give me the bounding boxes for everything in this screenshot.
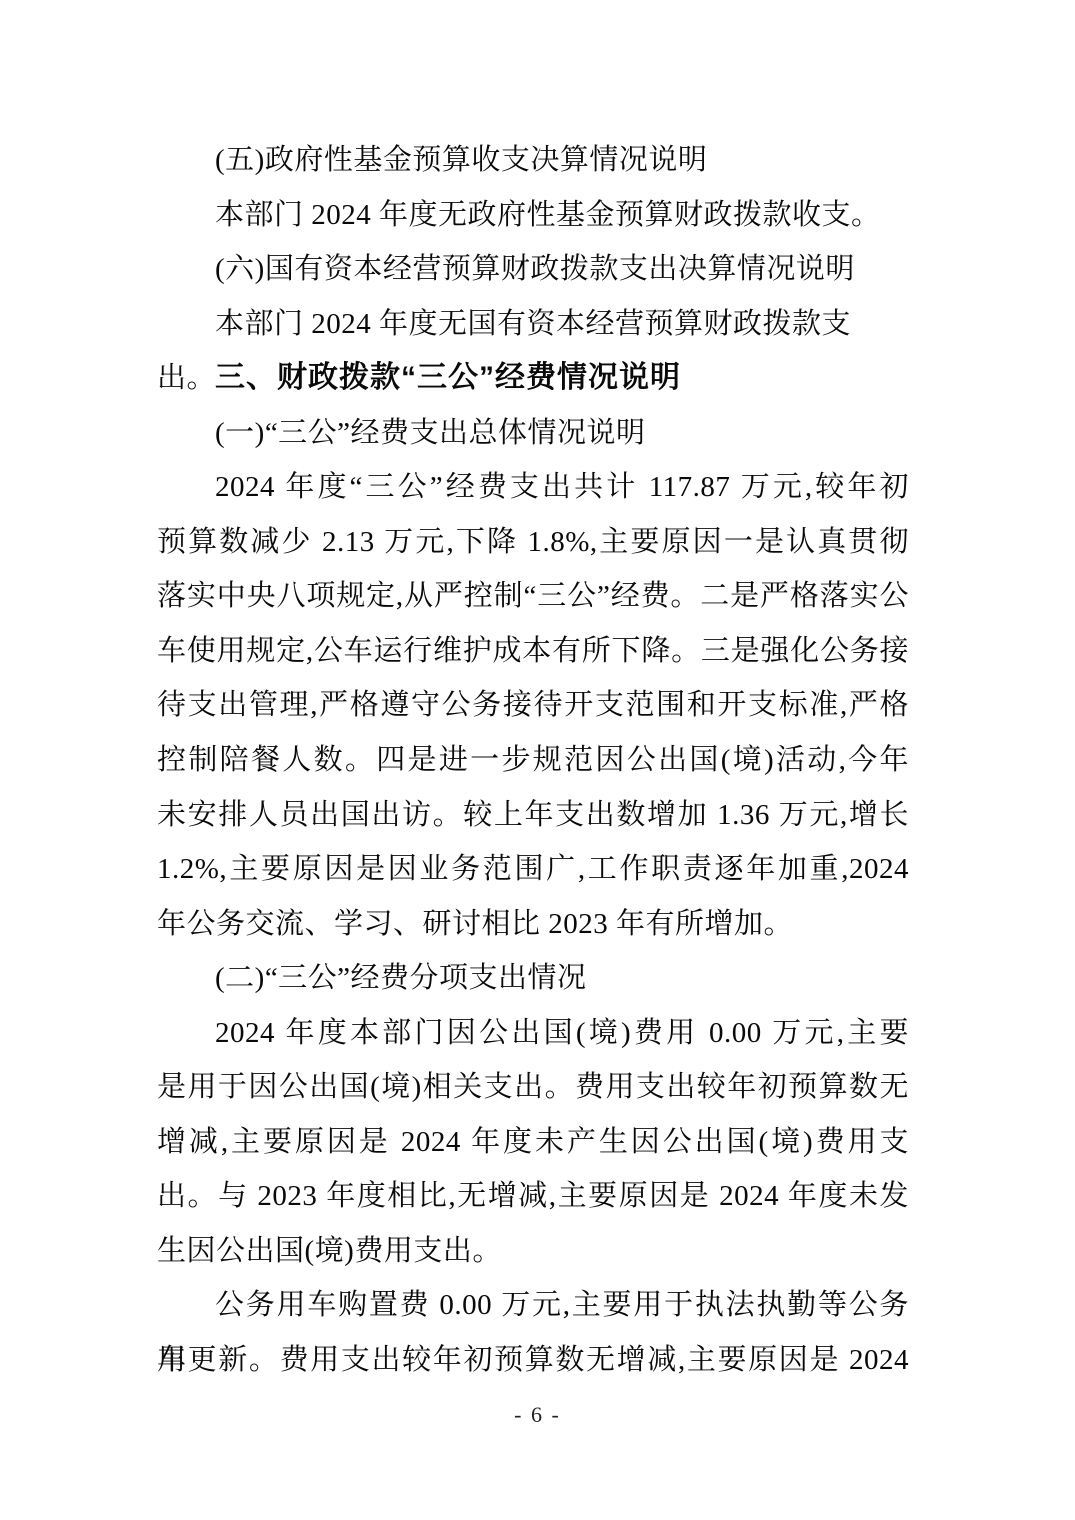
paragraph-line: 生因公出国(境)费用支出。 <box>157 1224 909 1279</box>
paragraph-line: 未安排人员出国出访。较上年支出数增加 1.36 万元,增长 <box>157 788 909 843</box>
document-page: (五)政府性基金预算收支决算情况说明 本部门 2024 年度无政府性基金预算财政… <box>0 0 1075 1520</box>
paragraph-line: 控制陪餐人数。四是进一步规范因公出国(境)活动,今年 <box>157 733 909 788</box>
subsection-heading-2: (二)“三公”经费分项支出情况 <box>157 951 909 1006</box>
document-body: (五)政府性基金预算收支决算情况说明 本部门 2024 年度无政府性基金预算财政… <box>157 133 909 1388</box>
section-heading-3: 三、财政拨款“三公”经费情况说明 <box>157 351 909 406</box>
page-number: - 6 - <box>0 1402 1075 1428</box>
subsection-heading-1: (一)“三公”经费支出总体情况说明 <box>157 406 909 461</box>
subsection-heading-5: (五)政府性基金预算收支决算情况说明 <box>157 133 909 188</box>
paragraph-line: 车使用规定,公车运行维护成本有所下降。三是强化公务接 <box>157 624 909 679</box>
paragraph-line: 待支出管理,严格遵守公务接待开支范围和开支标准,严格 <box>157 678 909 733</box>
paragraph-line: 是用于因公出国(境)相关支出。费用支出较年初预算数无 <box>157 1060 909 1115</box>
paragraph-line: 本部门 2024 年度无政府性基金预算财政拨款收支。 <box>157 188 909 243</box>
paragraph-line: 本部门 2024 年度无国有资本经营预算财政拨款支出。 <box>157 297 909 352</box>
paragraph-line: 年公务交流、学习、研讨相比 2023 年有所增加。 <box>157 897 909 952</box>
paragraph-line: 出。与 2023 年度相比,无增减,主要原因是 2024 年度未发 <box>157 1169 909 1224</box>
subsection-heading-6: (六)国有资本经营预算财政拨款支出决算情况说明 <box>157 242 909 297</box>
paragraph-line: 预算数减少 2.13 万元,下降 1.8%,主要原因一是认真贯彻 <box>157 515 909 570</box>
paragraph-line: 公务用车购置费 0.00 万元,主要用于执法执勤等公务用 <box>157 1278 909 1333</box>
paragraph-line: 1.2%,主要原因是因业务范围广,工作职责逐年加重,2024 <box>157 842 909 897</box>
paragraph-line: 车更新。费用支出较年初预算数无增减,主要原因是 2024 <box>157 1333 909 1388</box>
paragraph-line: 增减,主要原因是 2024 年度未产生因公出国(境)费用支 <box>157 1115 909 1170</box>
paragraph-line: 2024 年度本部门因公出国(境)费用 0.00 万元,主要 <box>157 1006 909 1061</box>
paragraph-line: 2024 年度“三公”经费支出共计 117.87 万元,较年初 <box>157 460 909 515</box>
paragraph-line: 落实中央八项规定,从严控制“三公”经费。二是严格落实公 <box>157 569 909 624</box>
